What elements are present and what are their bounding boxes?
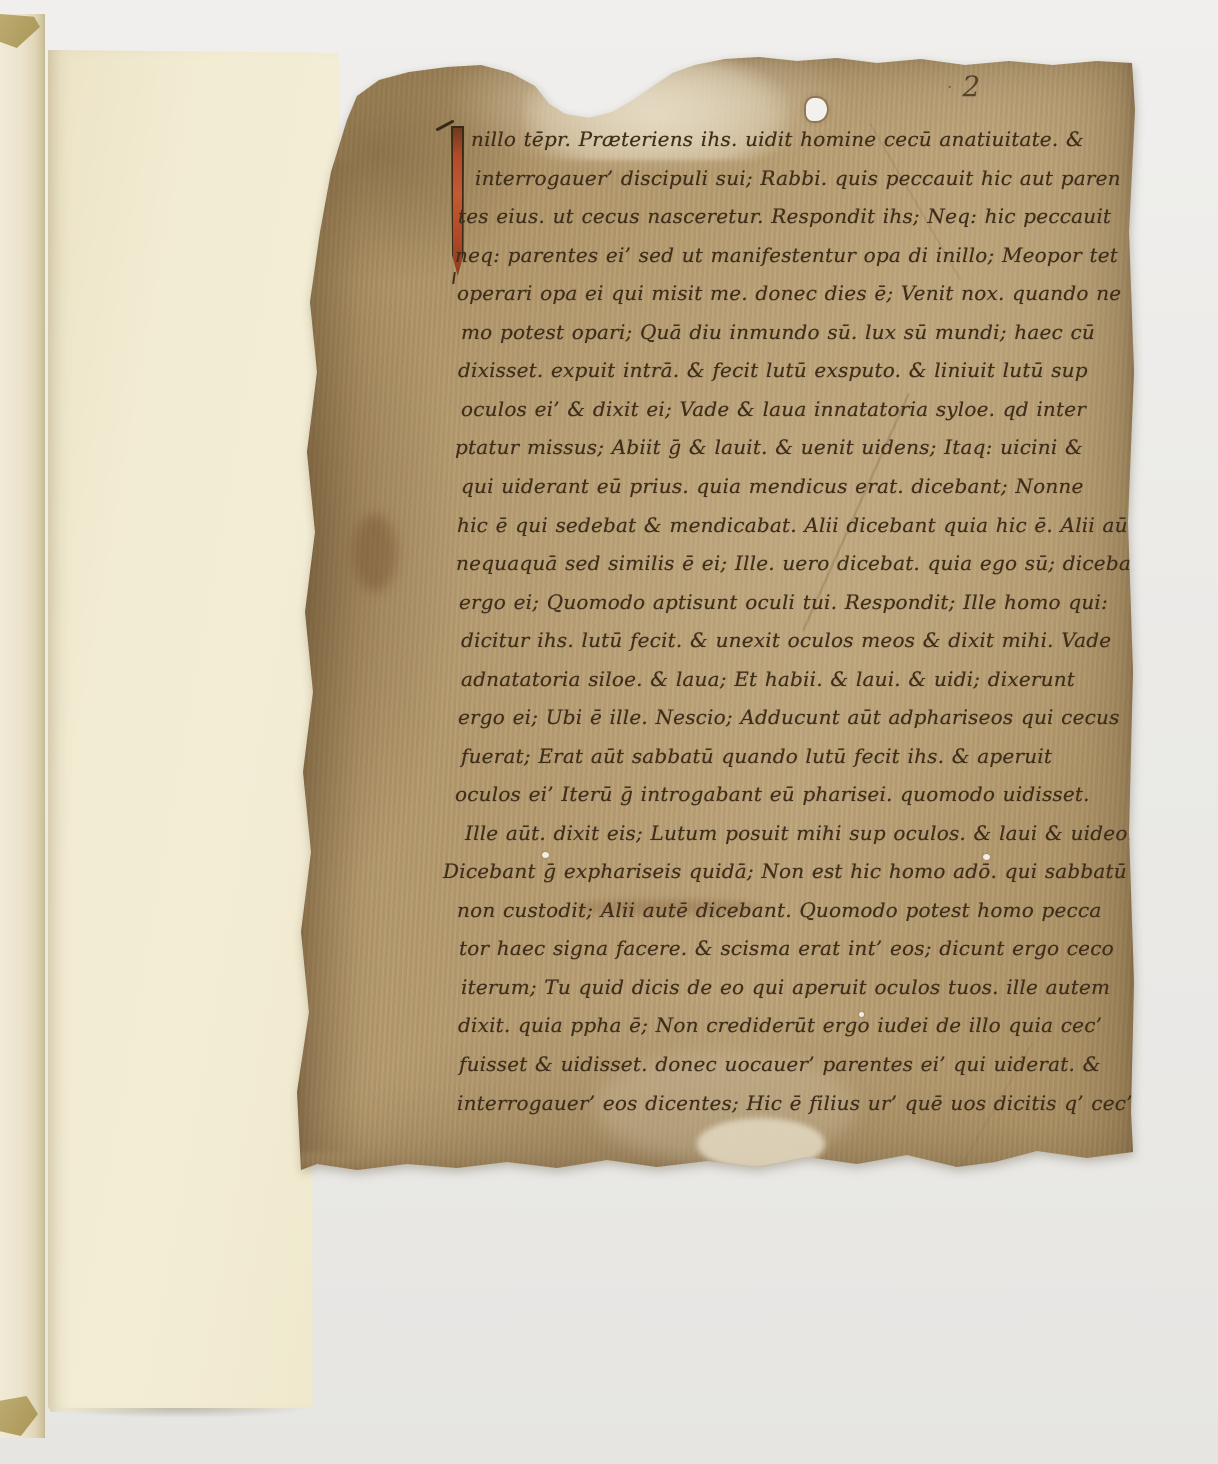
- folio-numeral: 2: [962, 70, 980, 103]
- manuscript-line: ergo ei; Quomodo aptisunt oculi tui. Res…: [459, 589, 1108, 615]
- manuscript-line: fuisset & uidisset. donec uocauer’ paren…: [459, 1051, 1101, 1077]
- manuscript-line: dixisset. expuit intrā. & fecit lutū exs…: [458, 357, 1088, 383]
- manuscript-line: fuerat; Erat aūt sabbatū quando lutū fec…: [461, 743, 1052, 769]
- guard-page-shadow: [52, 1408, 308, 1418]
- manuscript-line: tor haec signa facere. & scisma erat int…: [459, 935, 1114, 961]
- manuscript-line: Dicebant ḡ exphariseis quidā; Non est hi…: [443, 858, 1127, 884]
- photo-stage: .2 I nillo tēpr. Præteriens ihs. uidit h…: [0, 0, 1218, 1464]
- parchment-leaf: .2 I nillo tēpr. Præteriens ihs. uidit h…: [295, 52, 1135, 1174]
- book-fore-edge: [0, 14, 45, 1438]
- manuscript-line: interrogauer’ eos dicentes; Hic ē filius…: [457, 1090, 1133, 1116]
- manuscript-line: Ille aūt. dixit eis; Lutum posuit mihi s…: [465, 820, 1134, 846]
- manuscript-line: non custodit; Alii autē dicebant. Quomod…: [457, 897, 1102, 923]
- stain-bottom-pale: [697, 1118, 825, 1170]
- manuscript-line: tes eius. ut cecus nasceretur. Respondit…: [458, 203, 1111, 229]
- stain-left-edge: [295, 162, 361, 1152]
- manuscript-line: qui uiderant eū prius. quia mendicus era…: [461, 473, 1084, 499]
- manuscript-line: oculos ei’ & dixit ei; Vade & laua innat…: [461, 396, 1086, 422]
- parchment-leaf-wrap: .2 I nillo tēpr. Præteriens ihs. uidit h…: [295, 52, 1135, 1174]
- manuscript-line: ptatur missus; Abiit ḡ & lauit. & uenit …: [455, 434, 1083, 460]
- manuscript-line: iterum; Tu quid dicis de eo qui aperuit …: [461, 974, 1110, 1000]
- stain-left-blob: [353, 514, 397, 592]
- parchment-hole: [806, 98, 827, 121]
- manuscript-line: dicitur ihs. lutū fecit. & unexit oculos…: [461, 627, 1111, 653]
- initial-tail: [452, 272, 456, 284]
- manuscript-line: ergo ei; Ubi ē ille. Nescio; Adducunt aū…: [458, 704, 1120, 730]
- manuscript-line: neq: parentes ei’ sed ut manifestentur o…: [455, 242, 1118, 268]
- manuscript-line: hic ē qui sedebat & mendicabat. Alii dic…: [457, 512, 1136, 538]
- manuscript-line: interrogauer’ discipuli sui; Rabbi. quis…: [475, 165, 1121, 191]
- manuscript-line: oculos ei’ Iterū ḡ introgabant eū pharis…: [455, 781, 1090, 807]
- manuscript-line: operari opa ei qui misit me. donec dies …: [457, 280, 1121, 306]
- manuscript-line: nillo tēpr. Præteriens ihs. uidit homine…: [471, 126, 1084, 152]
- folio-dot: .: [947, 73, 952, 93]
- manuscript-line: nequaquā sed similis ē ei; Ille. uero di…: [456, 550, 1152, 576]
- manuscript-line: dixit. quia ppha ē; Non crediderūt ergo …: [458, 1012, 1102, 1038]
- folio-number: .2: [947, 70, 980, 103]
- manuscript-line: mo potest opari; Quā diu inmundo sū. lux…: [461, 319, 1095, 345]
- manuscript-line: adnatatoria siloe. & laua; Et habii. & l…: [461, 666, 1075, 692]
